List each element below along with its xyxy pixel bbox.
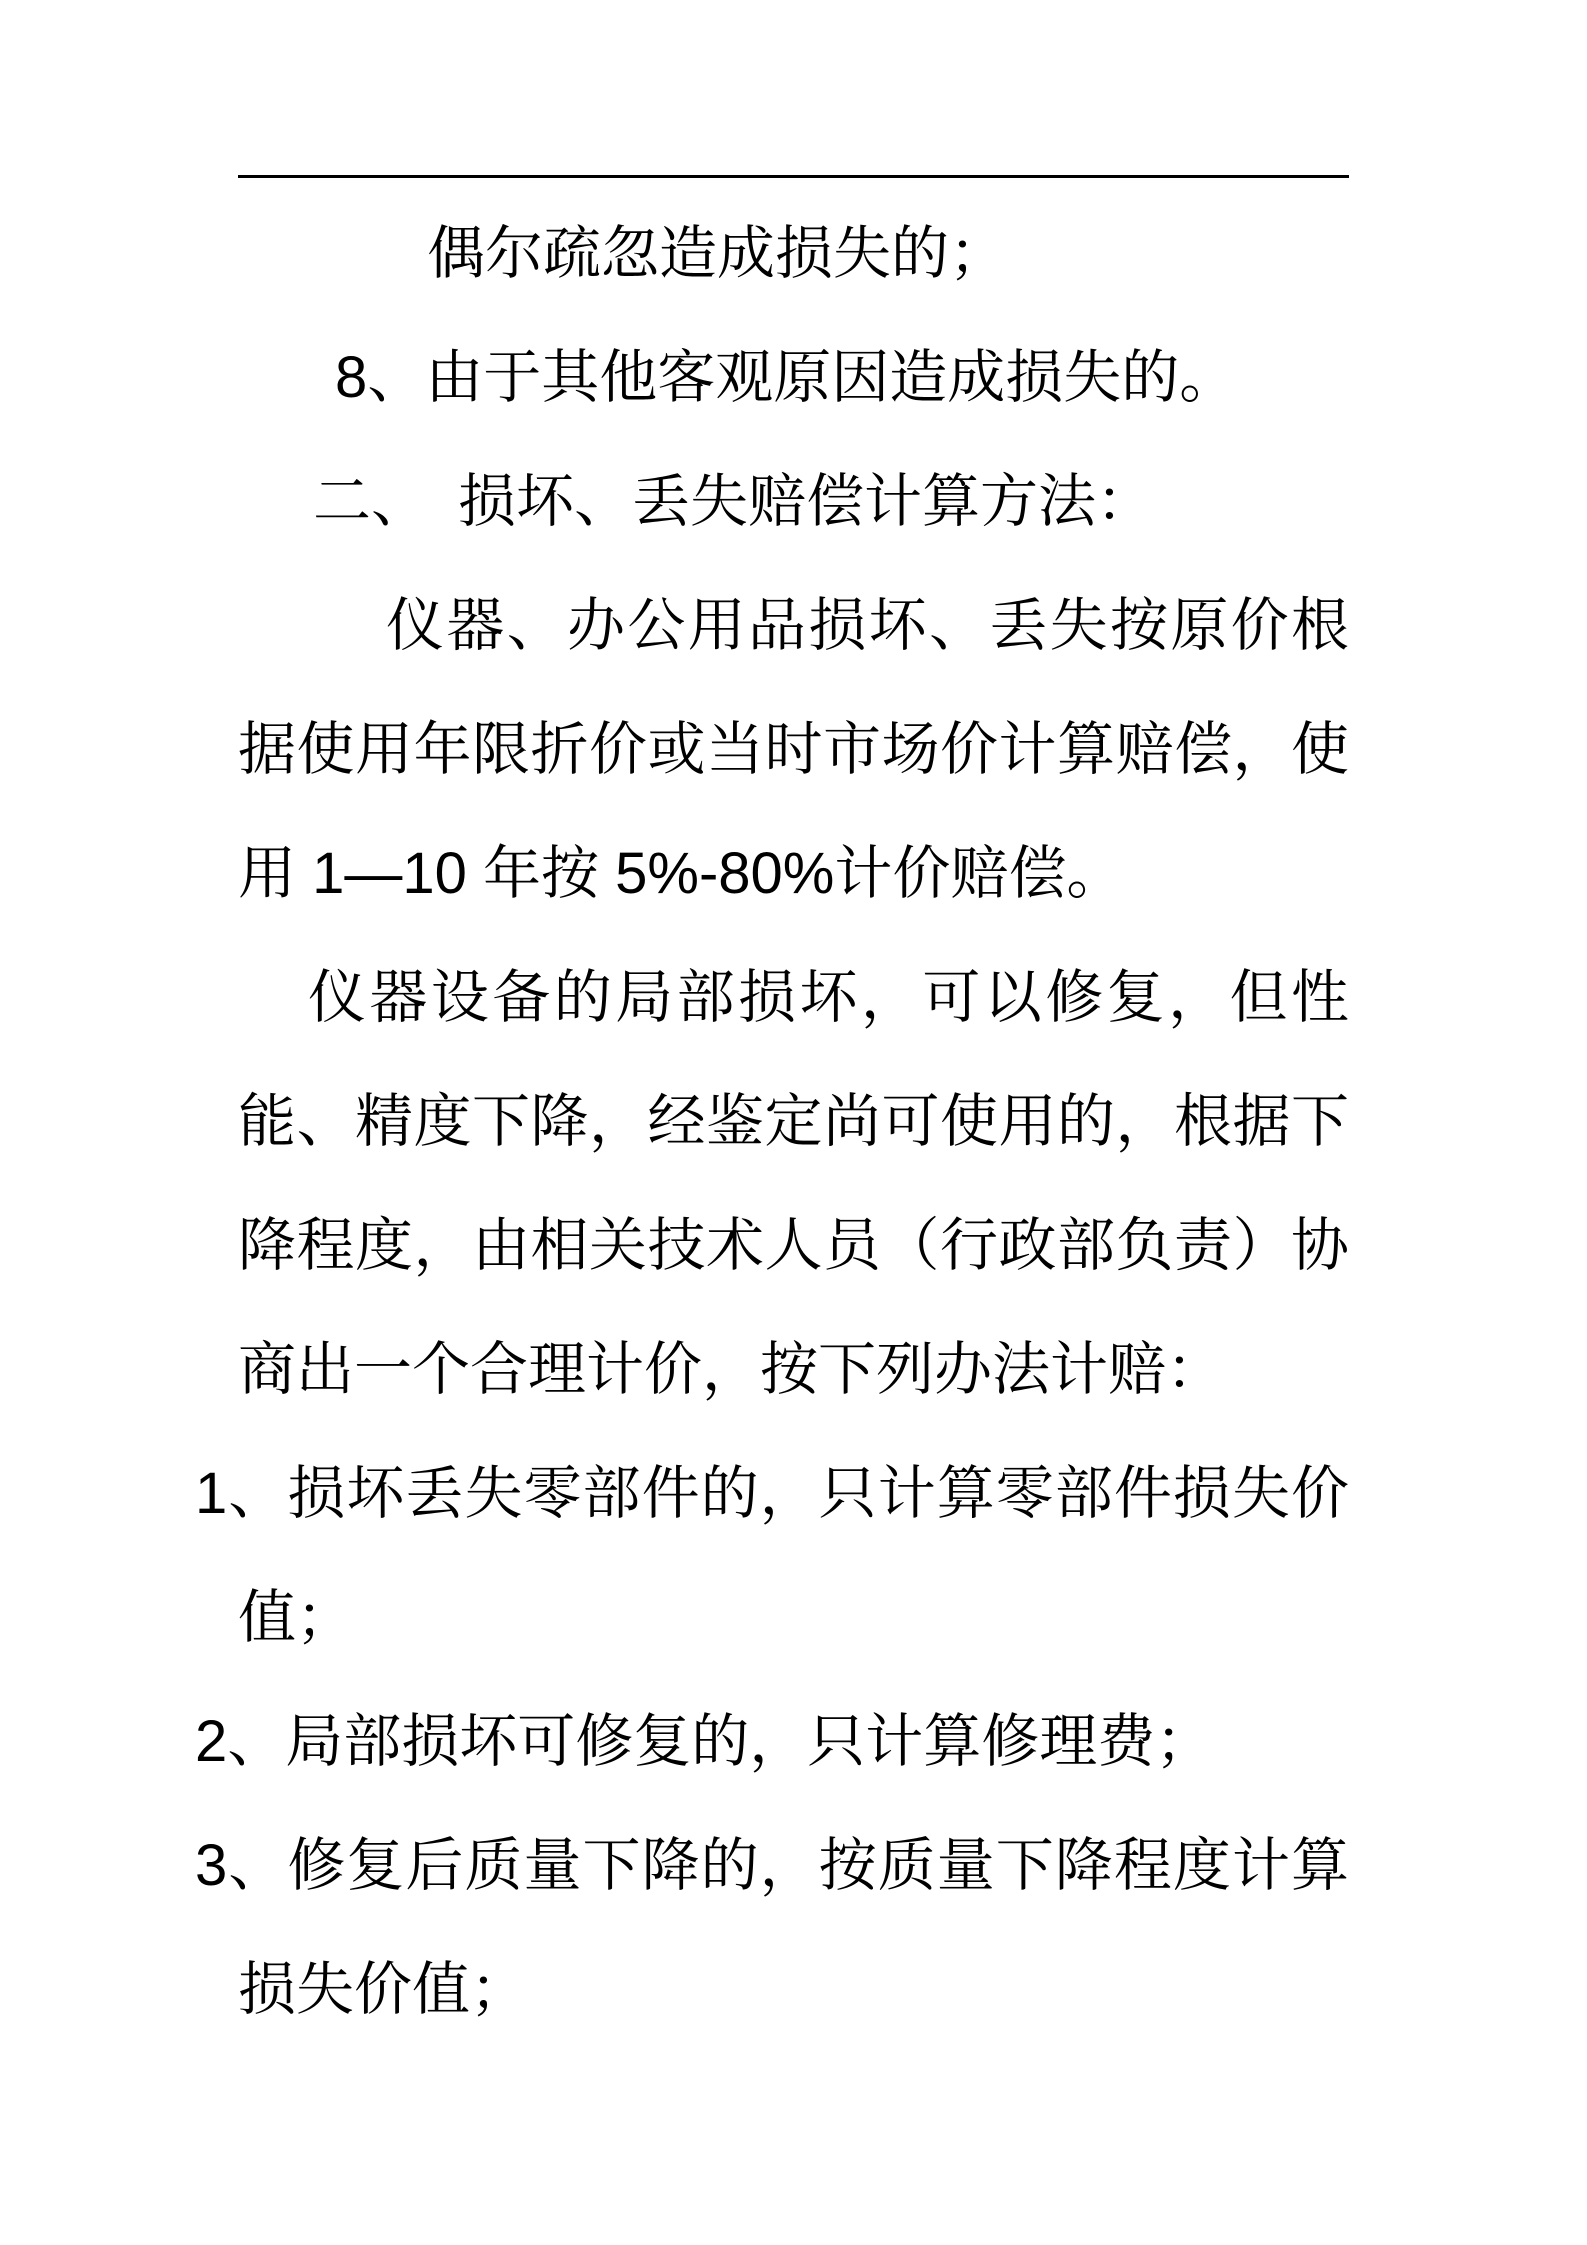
paragraph-depreciation-rule: 仪器、办公用品损坏、丢失按原价根据使用年限折价或当时市场价计算赔偿，使用 1—1… <box>238 564 1349 936</box>
list-item-1: 1、损坏丢失零部件的，只计算零部件损失价值； <box>238 1432 1349 1680</box>
header-divider-line <box>238 175 1349 178</box>
section-2-heading: 二、 损坏、丢失赔偿计算方法： <box>238 440 1349 564</box>
list-item-2: 2、局部损坏可修复的，只计算修理费； <box>238 1680 1349 1804</box>
document-body: 偶尔疏忽造成损失的； 8、由于其他客观原因造成损失的。 二、 损坏、丢失赔偿计算… <box>238 192 1349 2052</box>
paragraph-partial-damage-rule: 仪器设备的局部损坏，可以修复，但性能、精度下降，经鉴定尚可使用的，根据下降程度，… <box>238 936 1349 1432</box>
document-page: 偶尔疏忽造成损失的； 8、由于其他客观原因造成损失的。 二、 损坏、丢失赔偿计算… <box>0 0 1587 2245</box>
list-item-3: 3、修复后质量下降的，按质量下降程度计算损失价值； <box>238 1804 1349 2052</box>
paragraph-item-8: 8、由于其他客观原因造成损失的。 <box>238 316 1349 440</box>
paragraph-continuation-line: 偶尔疏忽造成损失的； <box>238 192 1349 316</box>
